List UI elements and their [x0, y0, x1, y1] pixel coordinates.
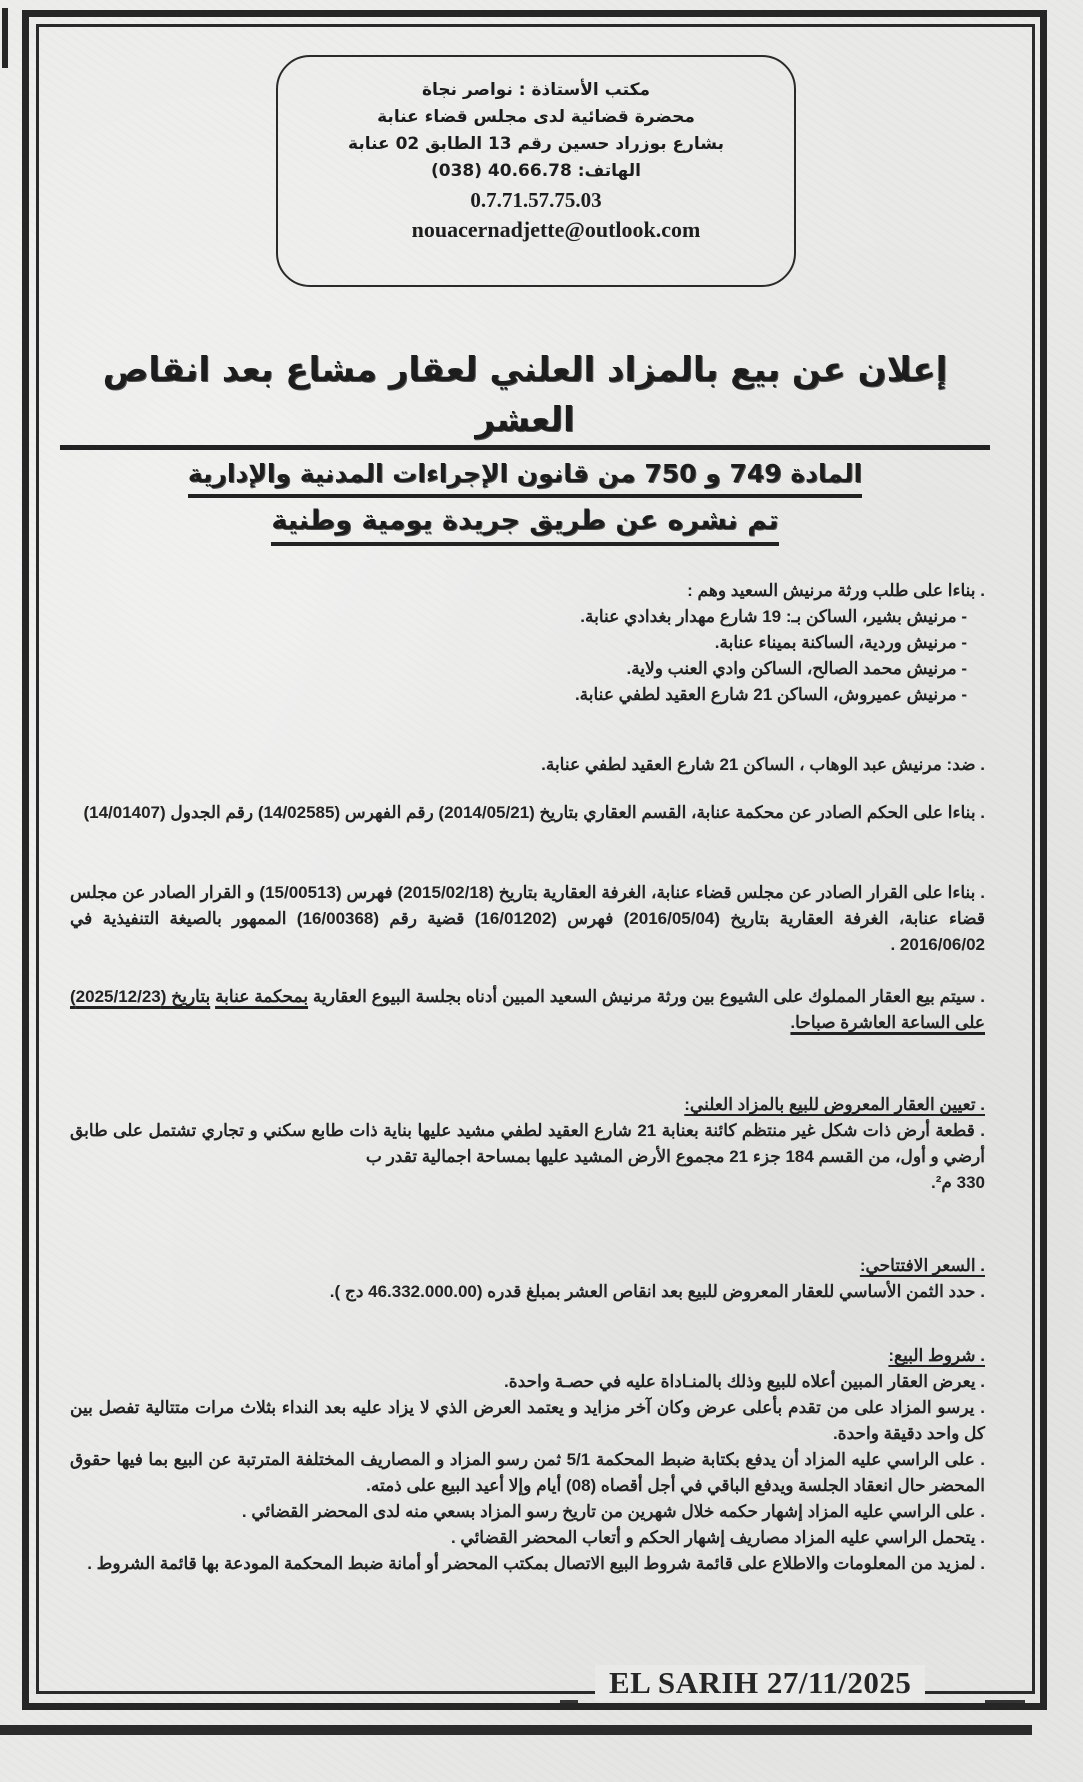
announcement-headings: إعلان عن بيع بالمزاد العلني لعقار مشاع ب… [60, 345, 990, 546]
condition-item: . على الراسي عليه المزاد أن يدفع بكتابة … [70, 1447, 985, 1499]
phone-label: الهاتف: [578, 161, 641, 181]
judgment-text: . بناءا على الحكم الصادر عن محكمة عنابة،… [70, 800, 985, 826]
defendant-text: . ضد: مرنيش عبد الوهاب ، الساكن 21 شارع … [70, 752, 985, 778]
condition-item: . على الراسي عليه المزاد إشهار حكمه خلال… [70, 1499, 985, 1525]
price-text: . حدد الثمن الأساسي للعقار المعروض للبيع… [70, 1279, 985, 1305]
publication-subtitle: تم نشره عن طريق جريدة يومية وطنية [271, 500, 778, 546]
judgment-section: . بناءا على الحكم الصادر عن محكمة عنابة،… [70, 800, 985, 826]
conditions-heading: . شروط البيع: [888, 1346, 985, 1365]
phone-number: (038) 40.66.78 [431, 161, 572, 181]
bailiff-contact-box: مكتب الأستاذة : نواصر نجاة محضرة قضائية … [276, 55, 796, 287]
price-section: . السعر الافتتاحي: . حدد الثمن الأساسي ل… [70, 1253, 985, 1305]
bottom-rule [0, 1725, 1032, 1735]
footer-dash [985, 1700, 1025, 1703]
condition-item: . يتحمل الراسي عليه المزاد مصاريف إشهار … [70, 1525, 985, 1551]
legal-articles-subtitle: المادة 749 و 750 من قانون الإجراءات المد… [188, 454, 862, 498]
bailiff-title: محضرة قضائية لدى مجلس قضاء عنابة [278, 104, 794, 131]
phone-line: الهاتف: (038) 40.66.78 [278, 158, 794, 185]
decisions-section: . بناءا على القرار الصادر عن مجلس قضاء ع… [70, 880, 985, 958]
property-description: . قطعة أرض ذات شكل غير منتظم كائنة بعناب… [70, 1118, 985, 1170]
property-section: . تعيين العقار المعروض للبيع بالمزاد الع… [70, 1092, 985, 1196]
office-name: مكتب الأستاذة : نواصر نجاة [278, 77, 794, 104]
adjacent-column-rule [2, 8, 8, 68]
petitioners-section: . بناءا على طلب ورثة مرنيش السعيد وهم : … [70, 578, 985, 708]
heir-item: - مرنيش وردية، الساكنة بميناء عنابة. [70, 630, 967, 656]
heir-item: - مرنيش عميروش، الساكن 21 شارع العقيد لط… [70, 682, 967, 708]
property-heading: . تعيين العقار المعروض للبيع بالمزاد الع… [684, 1095, 985, 1114]
heir-item: - مرنيش بشير، الساكن بـ: 19 شارع مهدار ب… [70, 604, 967, 630]
condition-item: . يعرض العقار المبين أعلاه للبيع وذلك با… [70, 1369, 985, 1395]
price-heading: . السعر الافتتاحي: [860, 1256, 985, 1275]
property-area: 330 م². [70, 1170, 985, 1196]
decisions-text: . بناءا على القرار الصادر عن مجلس قضاء ع… [70, 880, 985, 958]
newspaper-caption: EL SARIH 27/11/2025 [595, 1665, 925, 1701]
main-title: إعلان عن بيع بالمزاد العلني لعقار مشاع ب… [60, 345, 990, 450]
mobile-number: 0.7.71.57.75.03 [278, 185, 794, 215]
email-address: nouacernadjette@outlook.com [278, 215, 794, 245]
sale-notice-text: . سيتم بيع العقار المملوك على الشيوع بين… [308, 987, 985, 1006]
condition-item: . يرسو المزاد على من تقدم بأعلى عرض وكان… [70, 1395, 985, 1447]
condition-item: . لمزيد من المعلومات والاطلاع على قائمة … [70, 1551, 985, 1577]
sale-court: بمحكمة عنابة [215, 987, 308, 1006]
footer-dash [560, 1700, 578, 1703]
conditions-section: . شروط البيع: . يعرض العقار المبين أعلاه… [70, 1343, 985, 1577]
sale-notice: . سيتم بيع العقار المملوك على الشيوع بين… [70, 984, 985, 1036]
defendant-section: . ضد: مرنيش عبد الوهاب ، الساكن 21 شارع … [70, 752, 985, 778]
heir-item: - مرنيش محمد الصالح، الساكن وادي العنب و… [70, 656, 967, 682]
sale-notice-section: . سيتم بيع العقار المملوك على الشيوع بين… [70, 984, 985, 1036]
petitioners-intro: . بناءا على طلب ورثة مرنيش السعيد وهم : [70, 578, 985, 604]
office-address: بشارع بوزراد حسين رقم 13 الطابق 02 عنابة [278, 131, 794, 158]
